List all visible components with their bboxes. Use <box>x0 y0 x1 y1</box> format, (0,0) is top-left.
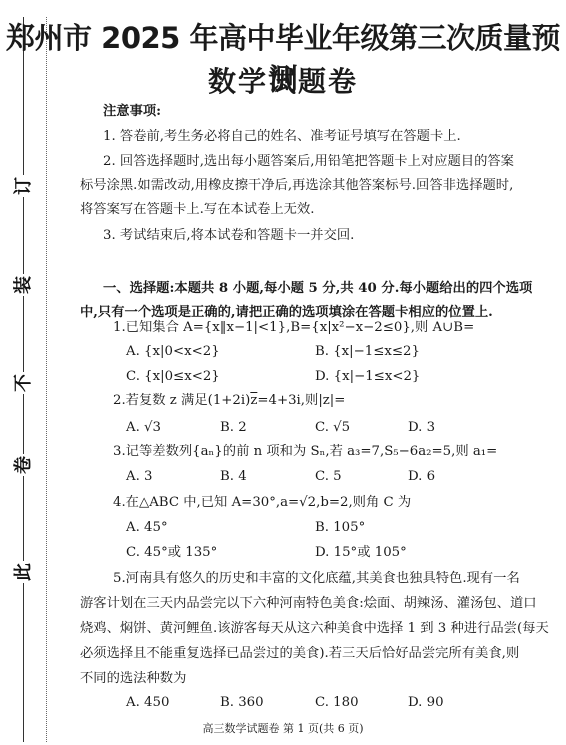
question-5-stem-line-5: 不同的选法种数为 <box>80 670 186 688</box>
notes-line-3: 标号涂黑.如需改动,用橡皮擦干净后,再选涂其他答案标号.回答非选择题时, <box>80 177 513 195</box>
question-5-stem-line-3: 烧鸡、焖饼、黄河鲤鱼.该游客每天从这六种美食中选择 1 到 3 种进行品尝(每天 <box>80 620 549 638</box>
question-4-option-b: B. 105° <box>315 519 365 537</box>
question-5-option-c: C. 180 <box>315 694 359 712</box>
question-3-stem: 3.记等差数列{aₙ}的前 n 项和为 Sₙ,若 a₃=7,S₅−6a₂=5,则… <box>113 443 497 461</box>
question-3-option-a: A. 3 <box>126 468 153 486</box>
notes-line-4: 将答案写在答题卡上.写在本试卷上无效. <box>80 201 315 219</box>
section-line-1: 一、选择题:本题共 8 小题,每小题 5 分,共 40 分.每小题给出的四个选项 <box>103 280 532 298</box>
question-1-option-a: A. {x|0<x<2} <box>126 343 220 361</box>
question-5-stem-line-1: 5.河南具有悠久的历史和丰富的文化底蕴,其美食也独具特色.现有一名 <box>113 570 520 588</box>
question-5-option-a: A. 450 <box>126 694 169 712</box>
question-2-option-c: C. √5 <box>315 419 350 437</box>
question-2-option-d: D. 3 <box>408 419 435 437</box>
question-1-stem: 1.已知集合 A={x‖x−1|<1},B={x|x²−x−2≤0},则 A∪B… <box>113 319 474 337</box>
question-3-option-b: B. 4 <box>220 468 247 486</box>
question-5-option-b: B. 360 <box>220 694 264 712</box>
notes-heading: 注意事项: <box>103 103 161 121</box>
binding-char-ci: 此 <box>13 561 35 583</box>
question-2-option-a: A. √3 <box>126 419 161 437</box>
page-footer: 高三数学试题卷 第 1 页(共 6 页) <box>0 720 566 736</box>
question-2-option-b: B. 2 <box>220 419 247 437</box>
binding-dotted-line <box>46 17 47 742</box>
question-3-option-c: C. 5 <box>315 468 342 486</box>
question-1-option-d: D. {x|−1≤x<2} <box>315 368 420 386</box>
question-1-option-b: B. {x|−1≤x≤2} <box>315 343 420 361</box>
notes-line-2: 2. 回答选择题时,选出每小题答案后,用铅笔把答题卡上对应题目的答案 <box>103 153 514 171</box>
binding-char-juan: 卷 <box>13 454 35 476</box>
question-3-option-d: D. 6 <box>408 468 435 486</box>
question-4-option-d: D. 15°或 105° <box>315 544 407 562</box>
question-5-stem-line-2: 游客计划在三天内品尝完以下六种河南特色美食:烩面、胡辣汤、灌汤包、道口 <box>80 595 537 613</box>
question-2-stem: 2.若复数 z 满足(1+2i)z=4+3i,则|z|= <box>113 392 345 410</box>
binding-char-bu: 不 <box>13 372 35 394</box>
question-4-option-a: A. 45° <box>126 519 168 537</box>
question-4-option-c: C. 45°或 135° <box>126 544 217 562</box>
question-2-stem-suffix: =4+3i,则|z|= <box>257 393 345 408</box>
question-2-stem-prefix: 2.若复数 z 满足(1+2i) <box>113 393 250 408</box>
question-5-option-d: D. 90 <box>408 694 444 712</box>
binding-char-ding: 订 <box>13 175 35 197</box>
notes-line-5: 3. 考试结束后,将本试卷和答题卡一并交回. <box>103 227 354 245</box>
question-5-stem-line-4: 必须选择且不能重复选择已品尝过的美食).若三天后恰好品尝完所有美食,则 <box>80 645 519 663</box>
binding-char-zhuang: 装 <box>13 274 35 296</box>
question-1-option-c: C. {x|0≤x<2} <box>126 368 220 386</box>
notes-line-1: 1. 答卷前,考生务必将自己的姓名、准考证号填写在答题卡上. <box>103 128 461 146</box>
exam-subtitle: 数学试题卷 <box>0 60 566 100</box>
question-4-stem: 4.在△ABC 中,已知 A=30°,a=√2,b=2,则角 C 为 <box>113 494 411 512</box>
